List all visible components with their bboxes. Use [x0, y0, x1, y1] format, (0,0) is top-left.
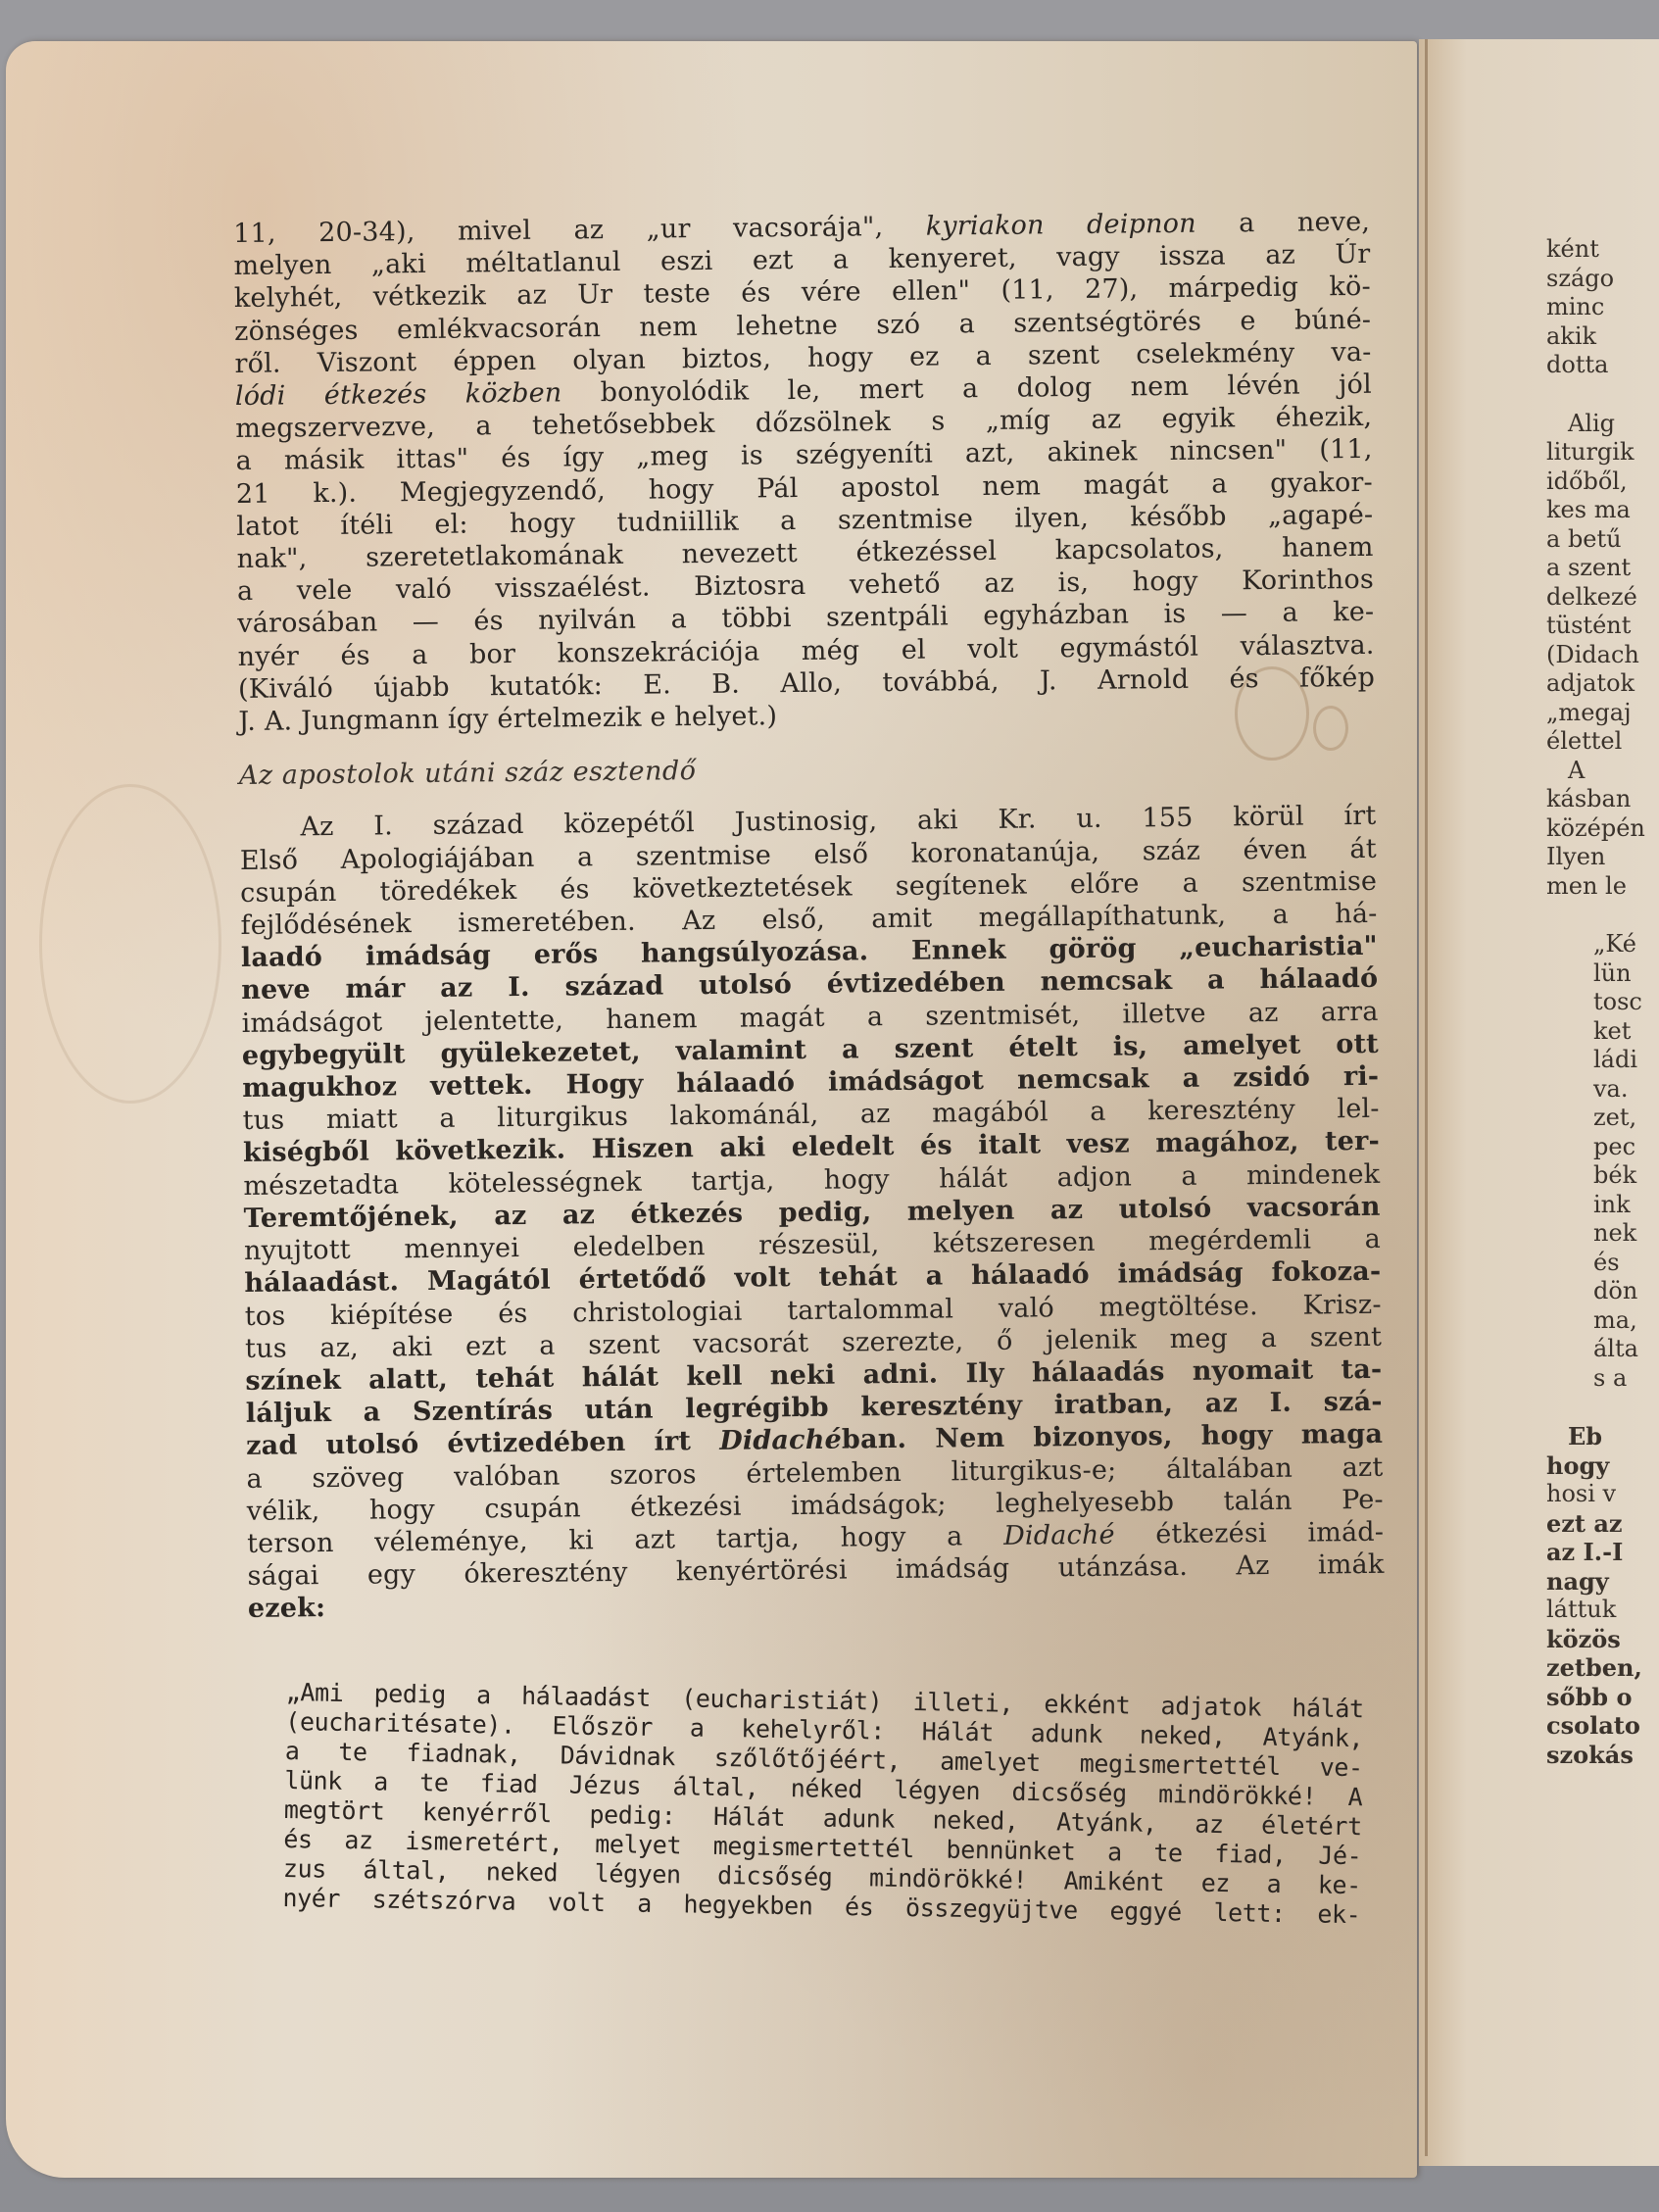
text-line: zetben, — [1546, 1653, 1659, 1683]
text-line: bék — [1546, 1161, 1659, 1191]
text-line: közös — [1546, 1625, 1659, 1654]
text-line: szokás — [1546, 1741, 1659, 1770]
text-line: zet, — [1546, 1104, 1659, 1133]
text-line: nek — [1546, 1219, 1659, 1249]
text-line: ma, — [1546, 1306, 1659, 1336]
text-line: delkezé — [1546, 583, 1659, 613]
paragraph: Az I. század közepétől Justinosig, aki K… — [239, 800, 1385, 1625]
text-line: pec — [1546, 1133, 1659, 1162]
paragraph-continuation: 11, 20-34), mivel az „ur vacsorája", kyr… — [233, 206, 1375, 738]
text-line: szágo — [1546, 265, 1659, 294]
main-text-column: 11, 20-34), mivel az „ur vacsorája", kyr… — [233, 206, 1385, 1626]
block-quote: „Ami pedig a hálaadást (eucharistiát) il… — [282, 1678, 1364, 1930]
section-heading: Az apostolok utáni száz esztendő — [239, 748, 1376, 792]
text-line: kes ma — [1546, 496, 1659, 525]
text-line: sőbb o — [1546, 1683, 1659, 1712]
text-line: a betű — [1546, 525, 1659, 555]
text-line: akik — [1546, 322, 1659, 352]
text-line: ként — [1546, 235, 1659, 265]
text-line: hosi v — [1546, 1480, 1659, 1509]
text-line: Ilyen — [1546, 843, 1659, 872]
text-line: időből, — [1546, 467, 1659, 497]
text-line: liturgik — [1546, 438, 1659, 467]
text-line: s a — [1546, 1364, 1659, 1394]
text-line: élettel — [1546, 727, 1659, 757]
text-line: (Didach — [1546, 641, 1659, 670]
text-line: men le — [1546, 872, 1659, 902]
text-line: tosc — [1546, 988, 1659, 1017]
text-line: kásban — [1546, 785, 1659, 814]
right-page-text-fragment: ként szágo minc akik dotta Alig liturgik… — [1546, 235, 1659, 1769]
text-line: álta — [1546, 1335, 1659, 1364]
text-line: dotta — [1546, 351, 1659, 380]
text-line: Alig — [1546, 410, 1659, 439]
text-line: tüstént — [1546, 612, 1659, 641]
text-line: Eb — [1546, 1422, 1659, 1451]
text-line: csolato — [1546, 1711, 1659, 1741]
text-line: „megaj — [1546, 699, 1659, 728]
text-line: adjatok — [1546, 669, 1659, 699]
text-line: minc — [1546, 293, 1659, 322]
text-line: dön — [1546, 1277, 1659, 1306]
text-line: „Ké — [1546, 930, 1659, 959]
text-line: ink — [1546, 1191, 1659, 1220]
text-line: lün — [1546, 959, 1659, 989]
text-line: és — [1546, 1249, 1659, 1278]
page-fold-line — [1425, 39, 1428, 2156]
text-line: a szent — [1546, 554, 1659, 583]
text-line: va. — [1546, 1075, 1659, 1105]
text-line: az I.-I — [1546, 1538, 1659, 1567]
text-line: hogy — [1546, 1451, 1659, 1481]
text-line: láttuk — [1546, 1596, 1659, 1625]
text-line: ezt az — [1546, 1509, 1659, 1539]
text-line: középén — [1546, 814, 1659, 844]
text-line: nagy — [1546, 1567, 1659, 1597]
text-line: A — [1546, 757, 1659, 786]
text-line: ládi — [1546, 1046, 1659, 1075]
water-stain — [39, 784, 221, 1104]
text-line: ket — [1546, 1017, 1659, 1047]
